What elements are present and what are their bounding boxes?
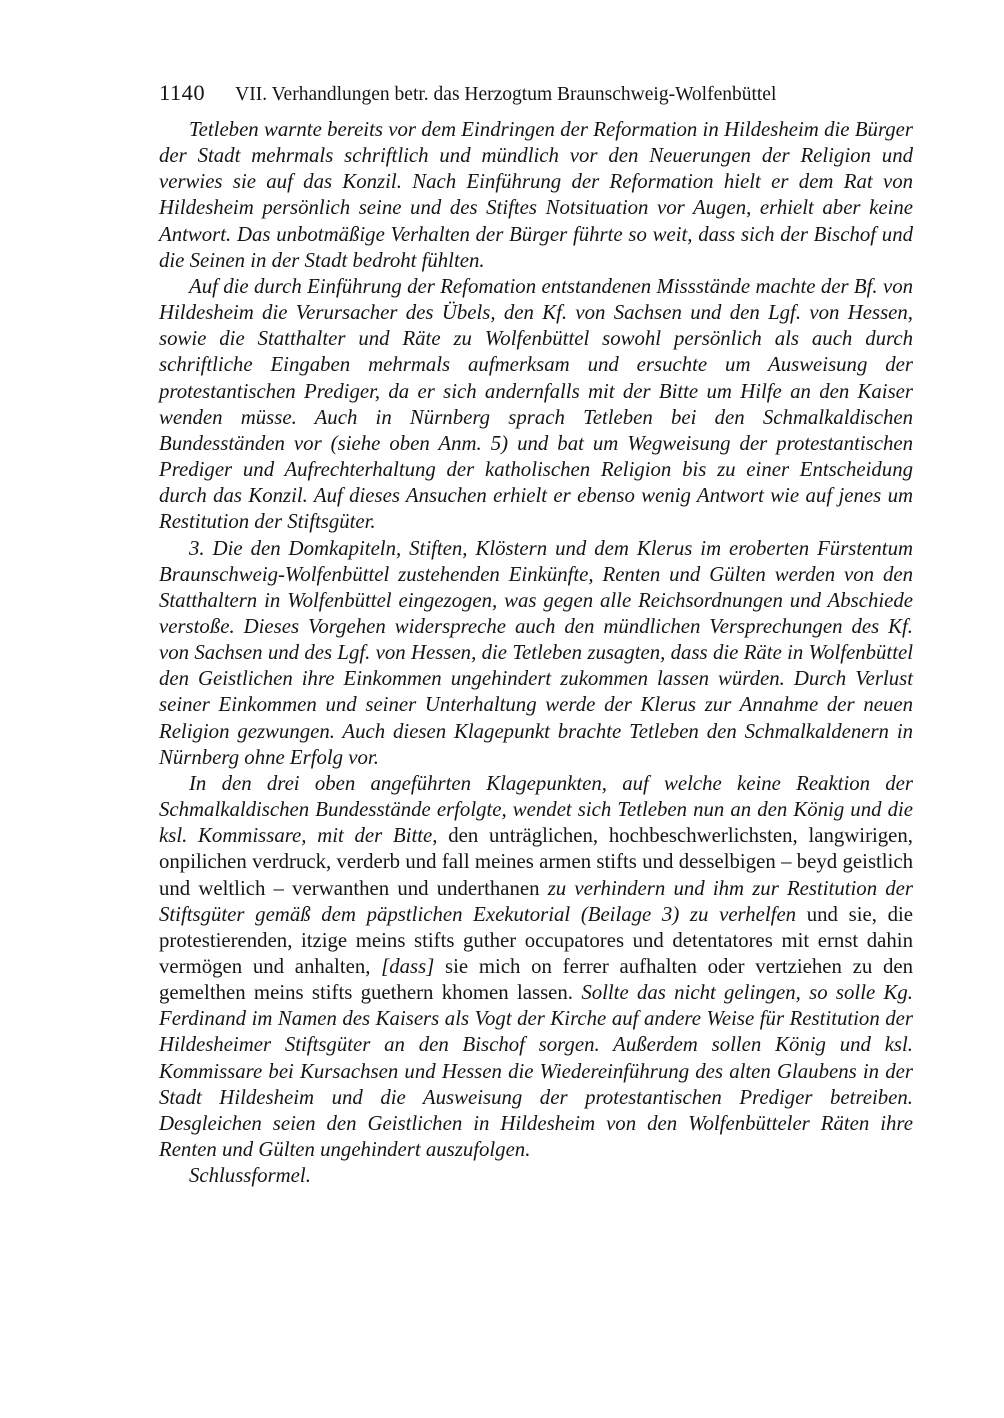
book-page: 1140 VII. Verhandlungen betr. das Herzog… [0, 0, 1004, 1418]
text-segment-italic: Sollte das nicht gelingen, so solle Kg. … [159, 981, 913, 1161]
paragraph: In den drei oben angeführten Klagepunkte… [159, 771, 913, 1163]
text-segment-italic: Schlussformel. [189, 1164, 311, 1187]
page-header: 1140 VII. Verhandlungen betr. das Herzog… [159, 80, 913, 106]
text-block: Tetleben warnte bereits vor dem Eindring… [159, 117, 913, 1189]
text-segment-italic: 3. Die den Domkapiteln, Stiften, Klöster… [159, 537, 913, 769]
paragraph: Schlussformel. [159, 1163, 913, 1189]
paragraph: 3. Die den Domkapiteln, Stiften, Klöster… [159, 536, 913, 771]
page-number: 1140 [159, 80, 205, 106]
paragraph: Auf die durch Einführung der Refomation … [159, 274, 913, 536]
text-segment-italic: Tetleben warnte bereits vor dem Eindring… [159, 118, 913, 272]
paragraph: Tetleben warnte bereits vor dem Eindring… [159, 117, 913, 274]
text-segment-italic: [dass] [381, 955, 434, 978]
running-header: VII. Verhandlungen betr. das Herzogtum B… [235, 84, 776, 106]
text-segment-italic: Auf die durch Einführung der Refomation … [159, 275, 913, 533]
